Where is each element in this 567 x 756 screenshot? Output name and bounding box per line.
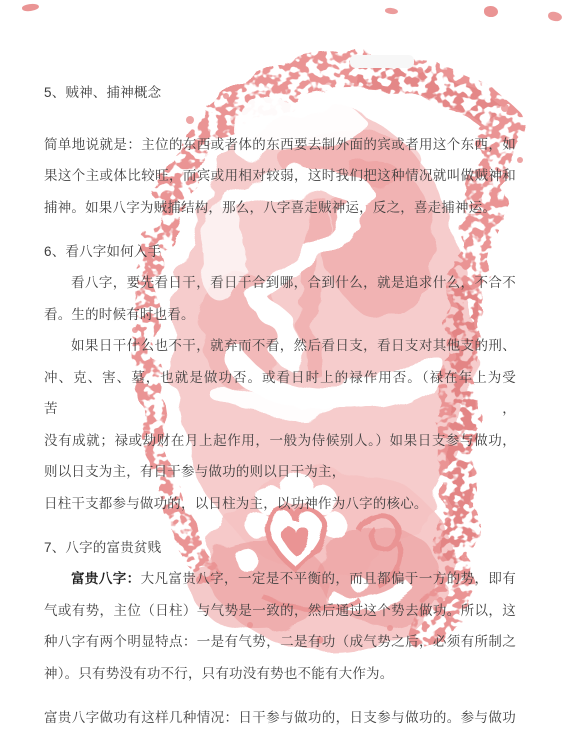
text-line: 则以日支为主，有日干参与做功的则以日干为主， <box>44 456 516 488</box>
text-line: 简单地说就是：主位的东西或者体的东西要去制外面的宾或者用这个东西，如 <box>44 129 516 161</box>
text-line: 捕神。如果八字为贼捕结构，那么，八字喜走贼神运，反之，喜走捕神运。 <box>44 192 516 224</box>
section-heading: 7、八字的富贵贫贱 <box>44 532 516 564</box>
text-line: 果这个主或体比较旺，而宾或用相对较弱，这时我们把这种情况就叫做贼神和 <box>44 160 516 192</box>
text-line: 如果日干什么也不干，就弃而不看，然后看日支，看日支对其他支的刑、 <box>44 330 516 362</box>
bold-lead-text: 富贵八字： <box>71 571 141 586</box>
text-line: 气或有势，主位（日柱）与气势是一致的，然后通过这个势去做功。所以，这 <box>44 595 516 627</box>
text-line: 没有成就；禄或劫财在月上起作用，一般为侍候别人。）如果日支参与做功， <box>44 425 516 457</box>
page: 5、贼神、捕神概念简单地说就是：主位的东西或者体的东西要去制外面的宾或者用这个东… <box>0 0 567 756</box>
text-line: 日柱干支都参与做功的，以日柱为主，以功神作为八字的核心。 <box>44 488 516 520</box>
document-text: 5、贼神、捕神概念简单地说就是：主位的东西或者体的东西要去制外面的宾或者用这个东… <box>44 77 516 733</box>
text-line: 冲、克、害、墓，也就是做功否。或看日时上的禄作用否。（禄在年上为受苦， <box>44 362 516 425</box>
text-line: 富贵八字做功有这样几种情况：日干参与做功的，日支参与做功的。参与做功 <box>44 702 516 734</box>
text-line: 看八字，要先看日干，看日干合到哪，合到什么，就是追求什么，不合不 <box>44 267 516 299</box>
section-heading: 6、看八字如何入手 <box>44 236 516 268</box>
text-line: 看。生的时候有时也看。 <box>44 299 516 331</box>
text-line: 种八字有两个明显特点：一是有气势，二是有功（成气势之后，必须有所制之 <box>44 626 516 658</box>
gray-smudge <box>350 55 414 68</box>
section-heading: 5、贼神、捕神概念 <box>44 77 516 109</box>
text-line: 神）。只有势没有功不行，只有功没有势也不能有大作为。 <box>44 658 516 690</box>
red-speck <box>484 6 498 17</box>
text-line: 富贵八字：大凡富贵八字，一定是不平衡的，而且都偏于一方的势，即有 <box>44 563 516 595</box>
